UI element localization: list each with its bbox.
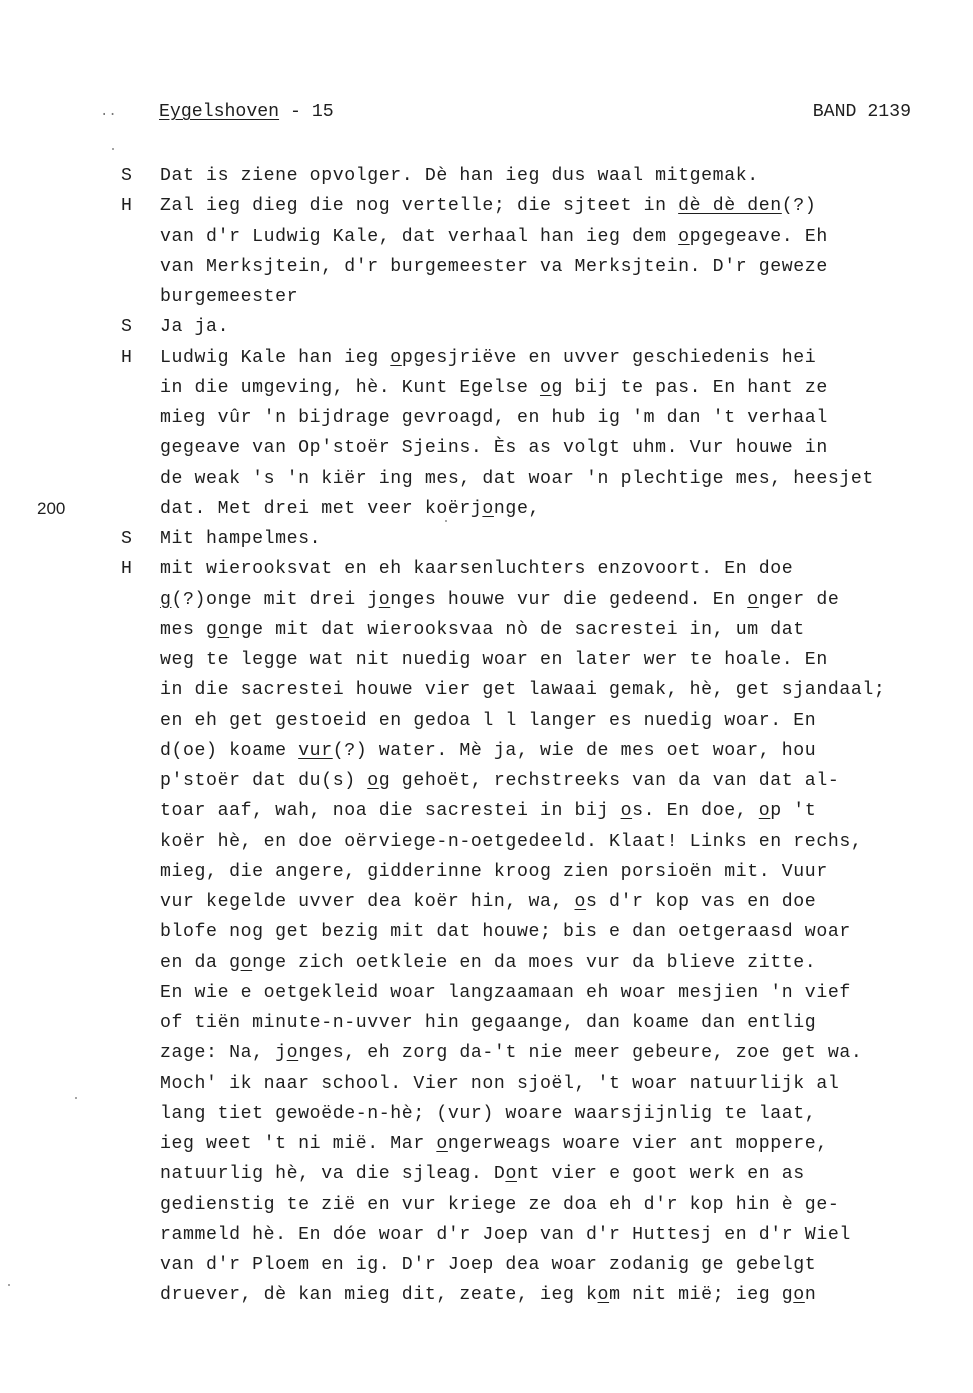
line-text: Ludwig Kale han ieg opgesjriëve en uvver… xyxy=(160,345,816,371)
text-segment: van d'r Ploem en ig. D'r Joep dea woar z… xyxy=(160,1255,816,1275)
transcript-line: weg te legge wat nit nuedig woar en late… xyxy=(0,647,973,677)
transcript-line: p'stoër dat du(s) og gehoët, rechstreeks… xyxy=(0,768,973,798)
line-text: in die sacrestei houwe vier get lawaai g… xyxy=(160,677,885,703)
transcript-line: SJa ja. xyxy=(0,314,973,344)
text-segment: of tiën minute-n-uvver hin gegaange, dan… xyxy=(160,1013,816,1033)
line-text: in die umgeving, hè. Kunt Egelse og bij … xyxy=(160,375,828,401)
text-segment: p 't xyxy=(770,801,816,821)
line-text: vur kegelde uvver dea koër hin, wa, os d… xyxy=(160,889,816,915)
line-text: of tiën minute-n-uvver hin gegaange, dan… xyxy=(160,1010,816,1036)
underlined-text: o xyxy=(241,953,253,973)
transcript-line: en da gonge zich oetkleie en da moes vur… xyxy=(0,950,973,980)
underlined-text: g xyxy=(160,590,172,610)
line-text: Zal ieg dieg die nog vertelle; die sjtee… xyxy=(160,193,816,219)
text-segment: pgegeave. Eh xyxy=(690,227,828,247)
text-segment: nges houwe vur die gedeend. En xyxy=(390,590,747,610)
line-text: burgemeester xyxy=(160,284,298,310)
line-text: p'stoër dat du(s) og gehoët, rechstreeks… xyxy=(160,768,839,794)
transcript-line: gedienstig te ziё en vur kriege ze doa e… xyxy=(0,1192,973,1222)
text-segment: lang tiet gewoëde-n-hè; (vur) woare waar… xyxy=(160,1104,816,1124)
line-text: zage: Na, jonges, eh zorg da-'t nie meer… xyxy=(160,1040,862,1066)
underlined-text: o xyxy=(598,1285,610,1305)
transcript-line: zage: Na, jonges, eh zorg da-'t nie meer… xyxy=(0,1040,973,1070)
line-text: lang tiet gewoëde-n-hè; (vur) woare waar… xyxy=(160,1101,816,1127)
underlined-text: o xyxy=(482,499,494,519)
line-text: van d'r Ludwig Kale, dat verhaal han ieg… xyxy=(160,224,828,250)
underlined-text: o xyxy=(287,1043,299,1063)
line-text: en da gonge zich oetkleie en da moes vur… xyxy=(160,950,816,976)
transcript-line: toar aaf, wah, noa die sacrestei in bij … xyxy=(0,798,973,828)
underlined-text: o xyxy=(390,348,402,368)
text-segment: s d'r kop vas en doe xyxy=(586,892,816,912)
transcript-line: mieg, die angere, gidderinne kroog zien … xyxy=(0,859,973,889)
text-segment: (?) water. Mè ja, wie de mes oet woar, h… xyxy=(333,741,817,761)
text-segment: nger de xyxy=(759,590,840,610)
text-segment: dat. Met drei met veer koërj xyxy=(160,499,482,519)
text-segment: nges, eh zorg da-'t nie meer gebeure, zo… xyxy=(298,1043,862,1063)
line-text: en eh get gestoeid en gedoa l l langer e… xyxy=(160,708,816,734)
text-segment: druever, dè kan mieg dit, zeate, ieg k xyxy=(160,1285,598,1305)
text-segment: s. En doe, xyxy=(632,801,759,821)
line-text: van d'r Ploem en ig. D'r Joep dea woar z… xyxy=(160,1252,816,1278)
text-segment: mit wierooksvat en eh kaarsenluchters en… xyxy=(160,559,793,579)
underlined-text: vur xyxy=(298,741,333,761)
transcript-line: vur kegelde uvver dea koër hin, wa, os d… xyxy=(0,889,973,919)
line-text: gedienstig te ziё en vur kriege ze doa e… xyxy=(160,1192,839,1218)
line-text: weg te legge wat nit nuedig woar en late… xyxy=(160,647,828,673)
text-segment: m nit miё; ieg g xyxy=(609,1285,793,1305)
text-segment: gegeave van Op'stoër Sjeins. Ès as volgt… xyxy=(160,438,828,458)
margin-marks: .. xyxy=(100,104,117,120)
underlined-text: o xyxy=(575,892,587,912)
line-text: Moch' ik naar school. Vier non sjoël, 't… xyxy=(160,1071,839,1097)
line-text: g(?)onge mit drei jonges houwe vur die g… xyxy=(160,587,839,613)
text-segment: ieg weet 't ni mië. Mar xyxy=(160,1134,436,1154)
text-segment: vur kegelde uvver dea koër hin, wa, xyxy=(160,892,575,912)
underlined-text: o xyxy=(367,771,379,791)
text-segment: Moch' ik naar school. Vier non sjoël, 't… xyxy=(160,1074,839,1094)
text-segment: de weak 's 'n kiër ing mes, dat woar 'n … xyxy=(160,469,874,489)
text-segment: Ludwig Kale han ieg xyxy=(160,348,390,368)
transcript-line: rammeld hè. En dóe woar d'r Joep van d'r… xyxy=(0,1222,973,1252)
line-text: druever, dè kan mieg dit, zeate, ieg kom… xyxy=(160,1282,816,1308)
transcript-line: mes gonge mit dat wierooksvaa nò de sacr… xyxy=(0,617,973,647)
transcript-line: ieg weet 't ni mië. Mar ongerweags woare… xyxy=(0,1131,973,1161)
transcript-line: SMit hampelmes. xyxy=(0,526,973,556)
speaker-label: S xyxy=(121,314,132,340)
line-text: mieg vûr 'n bijdrage gevroagd, en hub ig… xyxy=(160,405,828,431)
place-name: Eygelshoven xyxy=(159,102,279,122)
transcript-line: gegeave van Op'stoër Sjeins. Ès as volgt… xyxy=(0,435,973,465)
scan-speck xyxy=(112,148,114,150)
text-segment: burgemeester xyxy=(160,287,298,307)
transcript-line: en eh get gestoeid en gedoa l l langer e… xyxy=(0,708,973,738)
speaker-label: S xyxy=(121,163,132,189)
line-text: toar aaf, wah, noa die sacrestei in bij … xyxy=(160,798,816,824)
transcript-line: SDat is ziene opvolger. Dè han ieg dus w… xyxy=(0,163,973,193)
text-segment: Dat is ziene opvolger. Dè han ieg dus wa… xyxy=(160,166,759,186)
transcript-line: En wie e oetgekleid woar langzaamaan eh … xyxy=(0,980,973,1010)
underlined-text: dè dè den xyxy=(678,196,782,216)
transcript-page: .. Eygelshoven - 15 BAND 2139 SDat is zi… xyxy=(0,0,973,1393)
text-segment: pgesjriëve en uvver geschiedenis hei xyxy=(402,348,817,368)
underlined-text: o xyxy=(379,590,391,610)
text-segment: Mit hampelmes. xyxy=(160,529,321,549)
text-segment: in die sacrestei houwe vier get lawaai g… xyxy=(160,680,885,700)
underlined-text: o xyxy=(793,1285,805,1305)
transcript-line: in die umgeving, hè. Kunt Egelse og bij … xyxy=(0,375,973,405)
text-segment: g bij te pas. En hant ze xyxy=(552,378,828,398)
line-text: En wie e oetgekleid woar langzaamaan eh … xyxy=(160,980,851,1006)
line-text: de weak 's 'n kiër ing mes, dat woar 'n … xyxy=(160,466,874,492)
transcript-line: blofe nog get bezig mit dat houwe; bis e… xyxy=(0,919,973,949)
transcript-line: koër hè, en doe oërviege-n-oetgedeeld. K… xyxy=(0,829,973,859)
underlined-text: o xyxy=(621,801,633,821)
text-segment: nt vier e goot werk en as xyxy=(517,1164,805,1184)
line-text: Mit hampelmes. xyxy=(160,526,321,552)
text-segment: p'stoër dat du(s) xyxy=(160,771,367,791)
band-number: BAND 2139 xyxy=(813,102,911,122)
text-segment: nge zich oetkleie en da moes vur da blie… xyxy=(252,953,816,973)
transcript-line: lang tiet gewoëde-n-hè; (vur) woare waar… xyxy=(0,1101,973,1131)
transcript-line: van d'r Ludwig Kale, dat verhaal han ieg… xyxy=(0,224,973,254)
text-segment: rammeld hè. En dóe woar d'r Joep van d'r… xyxy=(160,1225,851,1245)
speaker-label: H xyxy=(121,193,132,219)
text-segment: mieg vûr 'n bijdrage gevroagd, en hub ig… xyxy=(160,408,828,428)
text-segment: d(oe) koame xyxy=(160,741,298,761)
text-segment: zage: Na, j xyxy=(160,1043,287,1063)
text-segment: Zal ieg dieg die nog vertelle; die sjtee… xyxy=(160,196,678,216)
page-title: Eygelshoven - 15 xyxy=(159,102,334,122)
text-segment: en eh get gestoeid en gedoa l l langer e… xyxy=(160,711,816,731)
text-segment: gedienstig te ziё en vur kriege ze doa e… xyxy=(160,1195,839,1215)
transcript-line: mieg vûr 'n bijdrage gevroagd, en hub ig… xyxy=(0,405,973,435)
transcript-line: de weak 's 'n kiër ing mes, dat woar 'n … xyxy=(0,466,973,496)
transcript-line: Hmit wierooksvat en eh kaarsenluchters e… xyxy=(0,556,973,586)
line-text: van Merksjtein, d'r burgemeester va Merk… xyxy=(160,254,828,280)
text-segment: blofe nog get bezig mit dat houwe; bis e… xyxy=(160,922,851,942)
text-segment: nge, xyxy=(494,499,540,519)
transcript-line: in die sacrestei houwe vier get lawaai g… xyxy=(0,677,973,707)
transcript-line: d(oe) koame vur(?) water. Mè ja, wie de … xyxy=(0,738,973,768)
text-segment: mes g xyxy=(160,620,218,640)
text-segment: Ja ja. xyxy=(160,317,229,337)
line-text: dat. Met drei met veer koërjonge, xyxy=(160,496,540,522)
line-text: koër hè, en doe oërviege-n-oetgedeeld. K… xyxy=(160,829,862,855)
transcript-line: of tiën minute-n-uvver hin gegaange, dan… xyxy=(0,1010,973,1040)
transcript-line: van Merksjtein, d'r burgemeester va Merk… xyxy=(0,254,973,284)
transcript-body: SDat is ziene opvolger. Dè han ieg dus w… xyxy=(0,163,973,1313)
line-text: mes gonge mit dat wierooksvaa nò de sacr… xyxy=(160,617,805,643)
scan-speck xyxy=(8,1284,10,1286)
line-text: Ja ja. xyxy=(160,314,229,340)
line-text: mieg, die angere, gidderinne kroog zien … xyxy=(160,859,828,885)
underlined-text: o xyxy=(678,227,690,247)
line-text: rammeld hè. En dóe woar d'r Joep van d'r… xyxy=(160,1222,851,1248)
transcript-line: HLudwig Kale han ieg opgesjriëve en uvve… xyxy=(0,345,973,375)
line-text: mit wierooksvat en eh kaarsenluchters en… xyxy=(160,556,793,582)
line-number: 200 xyxy=(37,496,65,522)
line-text: d(oe) koame vur(?) water. Mè ja, wie de … xyxy=(160,738,816,764)
transcript-line: burgemeester xyxy=(0,284,973,314)
text-segment: (?) xyxy=(782,196,817,216)
underlined-text: o xyxy=(505,1164,517,1184)
text-segment: mieg, die angere, gidderinne kroog zien … xyxy=(160,862,828,882)
text-segment: toar aaf, wah, noa die sacrestei in bij xyxy=(160,801,621,821)
page-number: 15 xyxy=(312,102,334,122)
speaker-label: S xyxy=(121,526,132,552)
text-segment: ngerweags woare vier ant moppere, xyxy=(448,1134,828,1154)
line-text: natuurlig hè, va die sjleag. Dont vier e… xyxy=(160,1161,805,1187)
transcript-line: natuurlig hè, va die sjleag. Dont vier e… xyxy=(0,1161,973,1191)
text-segment: in die umgeving, hè. Kunt Egelse xyxy=(160,378,540,398)
text-segment: koër hè, en doe oërviege-n-oetgedeeld. K… xyxy=(160,832,862,852)
transcript-line: 200dat. Met drei met veer koërjonge, xyxy=(0,496,973,526)
text-segment: weg te legge wat nit nuedig woar en late… xyxy=(160,650,828,670)
speaker-label: H xyxy=(121,345,132,371)
transcript-line: HZal ieg dieg die nog vertelle; die sjte… xyxy=(0,193,973,223)
scan-speck xyxy=(75,1097,77,1099)
line-text: gegeave van Op'stoër Sjeins. Ès as volgt… xyxy=(160,435,828,461)
text-segment: van Merksjtein, d'r burgemeester va Merk… xyxy=(160,257,828,277)
underlined-text: o xyxy=(540,378,552,398)
line-text: Dat is ziene opvolger. Dè han ieg dus wa… xyxy=(160,163,759,189)
text-segment: van d'r Ludwig Kale, dat verhaal han ieg… xyxy=(160,227,678,247)
transcript-line: Moch' ik naar school. Vier non sjoël, 't… xyxy=(0,1071,973,1101)
scan-speck xyxy=(445,520,447,522)
underlined-text: o xyxy=(218,620,230,640)
text-segment: nge mit dat wierooksvaa nò de sacrestei … xyxy=(229,620,805,640)
page-header: .. Eygelshoven - 15 BAND 2139 xyxy=(0,102,973,128)
transcript-line: van d'r Ploem en ig. D'r Joep dea woar z… xyxy=(0,1252,973,1282)
text-segment: g gehoët, rechstreeks van da van dat al- xyxy=(379,771,840,791)
underlined-text: o xyxy=(759,801,771,821)
text-segment: En wie e oetgekleid woar langzaamaan eh … xyxy=(160,983,851,1003)
transcript-line: g(?)onge mit drei jonges houwe vur die g… xyxy=(0,587,973,617)
text-segment: (?)onge mit drei j xyxy=(172,590,379,610)
speaker-label: H xyxy=(121,556,132,582)
text-segment: n xyxy=(805,1285,817,1305)
text-segment: en da g xyxy=(160,953,241,973)
underlined-text: o xyxy=(747,590,759,610)
text-segment: natuurlig hè, va die sjleag. D xyxy=(160,1164,505,1184)
transcript-line: druever, dè kan mieg dit, zeate, ieg kom… xyxy=(0,1282,973,1312)
line-text: ieg weet 't ni mië. Mar ongerweags woare… xyxy=(160,1131,828,1157)
title-separator: - xyxy=(279,102,312,122)
line-text: blofe nog get bezig mit dat houwe; bis e… xyxy=(160,919,851,945)
underlined-text: o xyxy=(436,1134,448,1154)
